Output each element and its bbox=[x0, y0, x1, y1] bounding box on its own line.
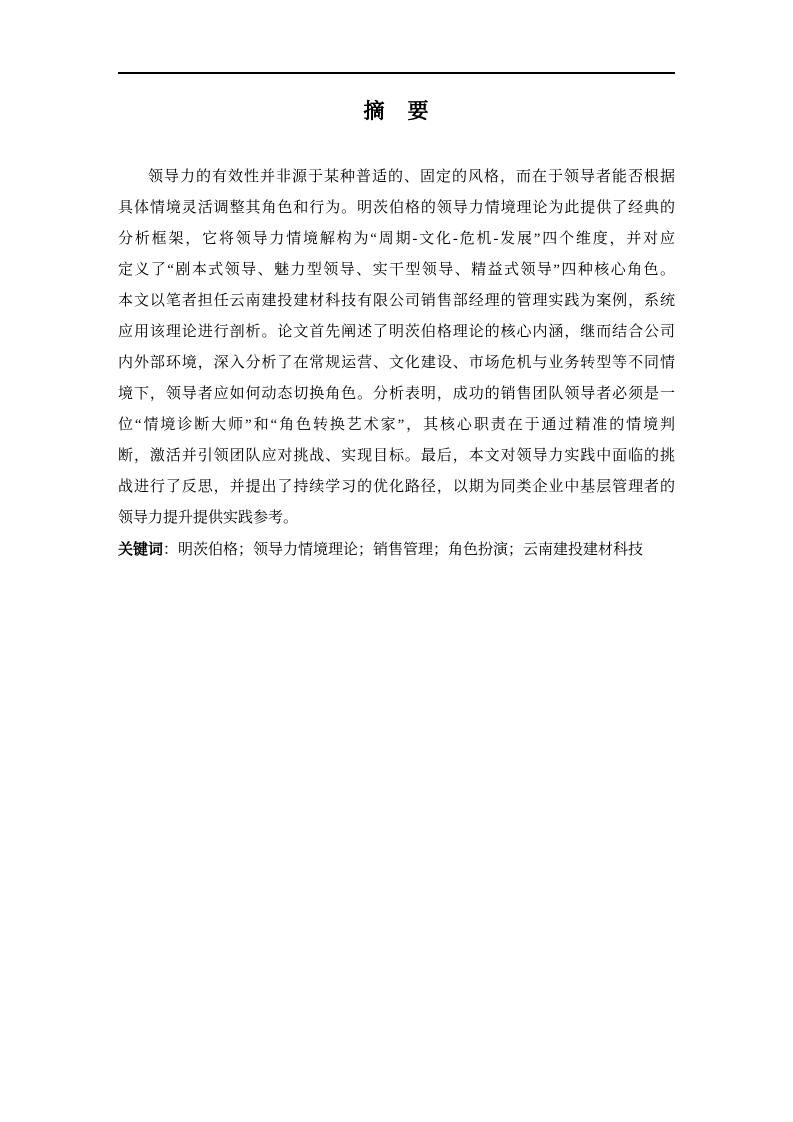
page-title: 摘 要 bbox=[118, 101, 675, 123]
abstract-line: 境下，领导者应如何动态切换角色。分析表明，成功的销售团队领导者必须是一 bbox=[118, 379, 675, 410]
abstract-body: 领导力的有效性并非源于某种普适的、固定的风格，而在于领导者能否根据 具体情境灵活… bbox=[118, 162, 675, 566]
abstract-line: 位“情境诊断大师”和“角色转换艺术家”，其核心职责在于通过精准的情境判 bbox=[118, 410, 675, 441]
keywords-line: 关键词：明茨伯格；领导力情境理论；销售管理；角色扮演；云南建投建材科技 bbox=[118, 534, 675, 566]
abstract-line: 定义了“剧本式领导、魅力型领导、实干型领导、精益式领导”四种核心角色。 bbox=[118, 255, 675, 286]
keywords-text: ：明茨伯格；领导力情境理论；销售管理；角色扮演；云南建投建材科技 bbox=[163, 542, 643, 558]
abstract-line: 领导力提升提供实践参考。 bbox=[118, 503, 675, 534]
abstract-line: 具体情境灵活调整其角色和行为。明茨伯格的领导力情境理论为此提供了经典的 bbox=[118, 193, 675, 224]
abstract-line: 应用该理论进行剖析。论文首先阐述了明茨伯格理论的核心内涵，继而结合公司 bbox=[118, 317, 675, 348]
abstract-line: 内外部环境，深入分析了在常规运营、文化建设、市场危机与业务转型等不同情 bbox=[118, 348, 675, 379]
page-content: 摘 要 领导力的有效性并非源于某种普适的、固定的风格，而在于领导者能否根据 具体… bbox=[0, 72, 793, 566]
abstract-line: 战进行了反思，并提出了持续学习的优化路径，以期为同类企业中基层管理者的 bbox=[118, 472, 675, 503]
document-page: 摘 要 领导力的有效性并非源于某种普适的、固定的风格，而在于领导者能否根据 具体… bbox=[0, 0, 793, 1122]
abstract-line: 断，激活并引领团队应对挑战、实现目标。最后，本文对领导力实践中面临的挑 bbox=[118, 441, 675, 472]
header-rule bbox=[118, 72, 675, 74]
abstract-line: 本文以笔者担任云南建投建材科技有限公司销售部经理的管理实践为案例，系统 bbox=[118, 286, 675, 317]
abstract-line: 领导力的有效性并非源于某种普适的、固定的风格，而在于领导者能否根据 bbox=[118, 162, 675, 193]
keywords-label: 关键词 bbox=[118, 541, 163, 558]
abstract-line: 分析框架，它将领导力情境解构为“周期-文化-危机-发展”四个维度，并对应 bbox=[118, 224, 675, 255]
